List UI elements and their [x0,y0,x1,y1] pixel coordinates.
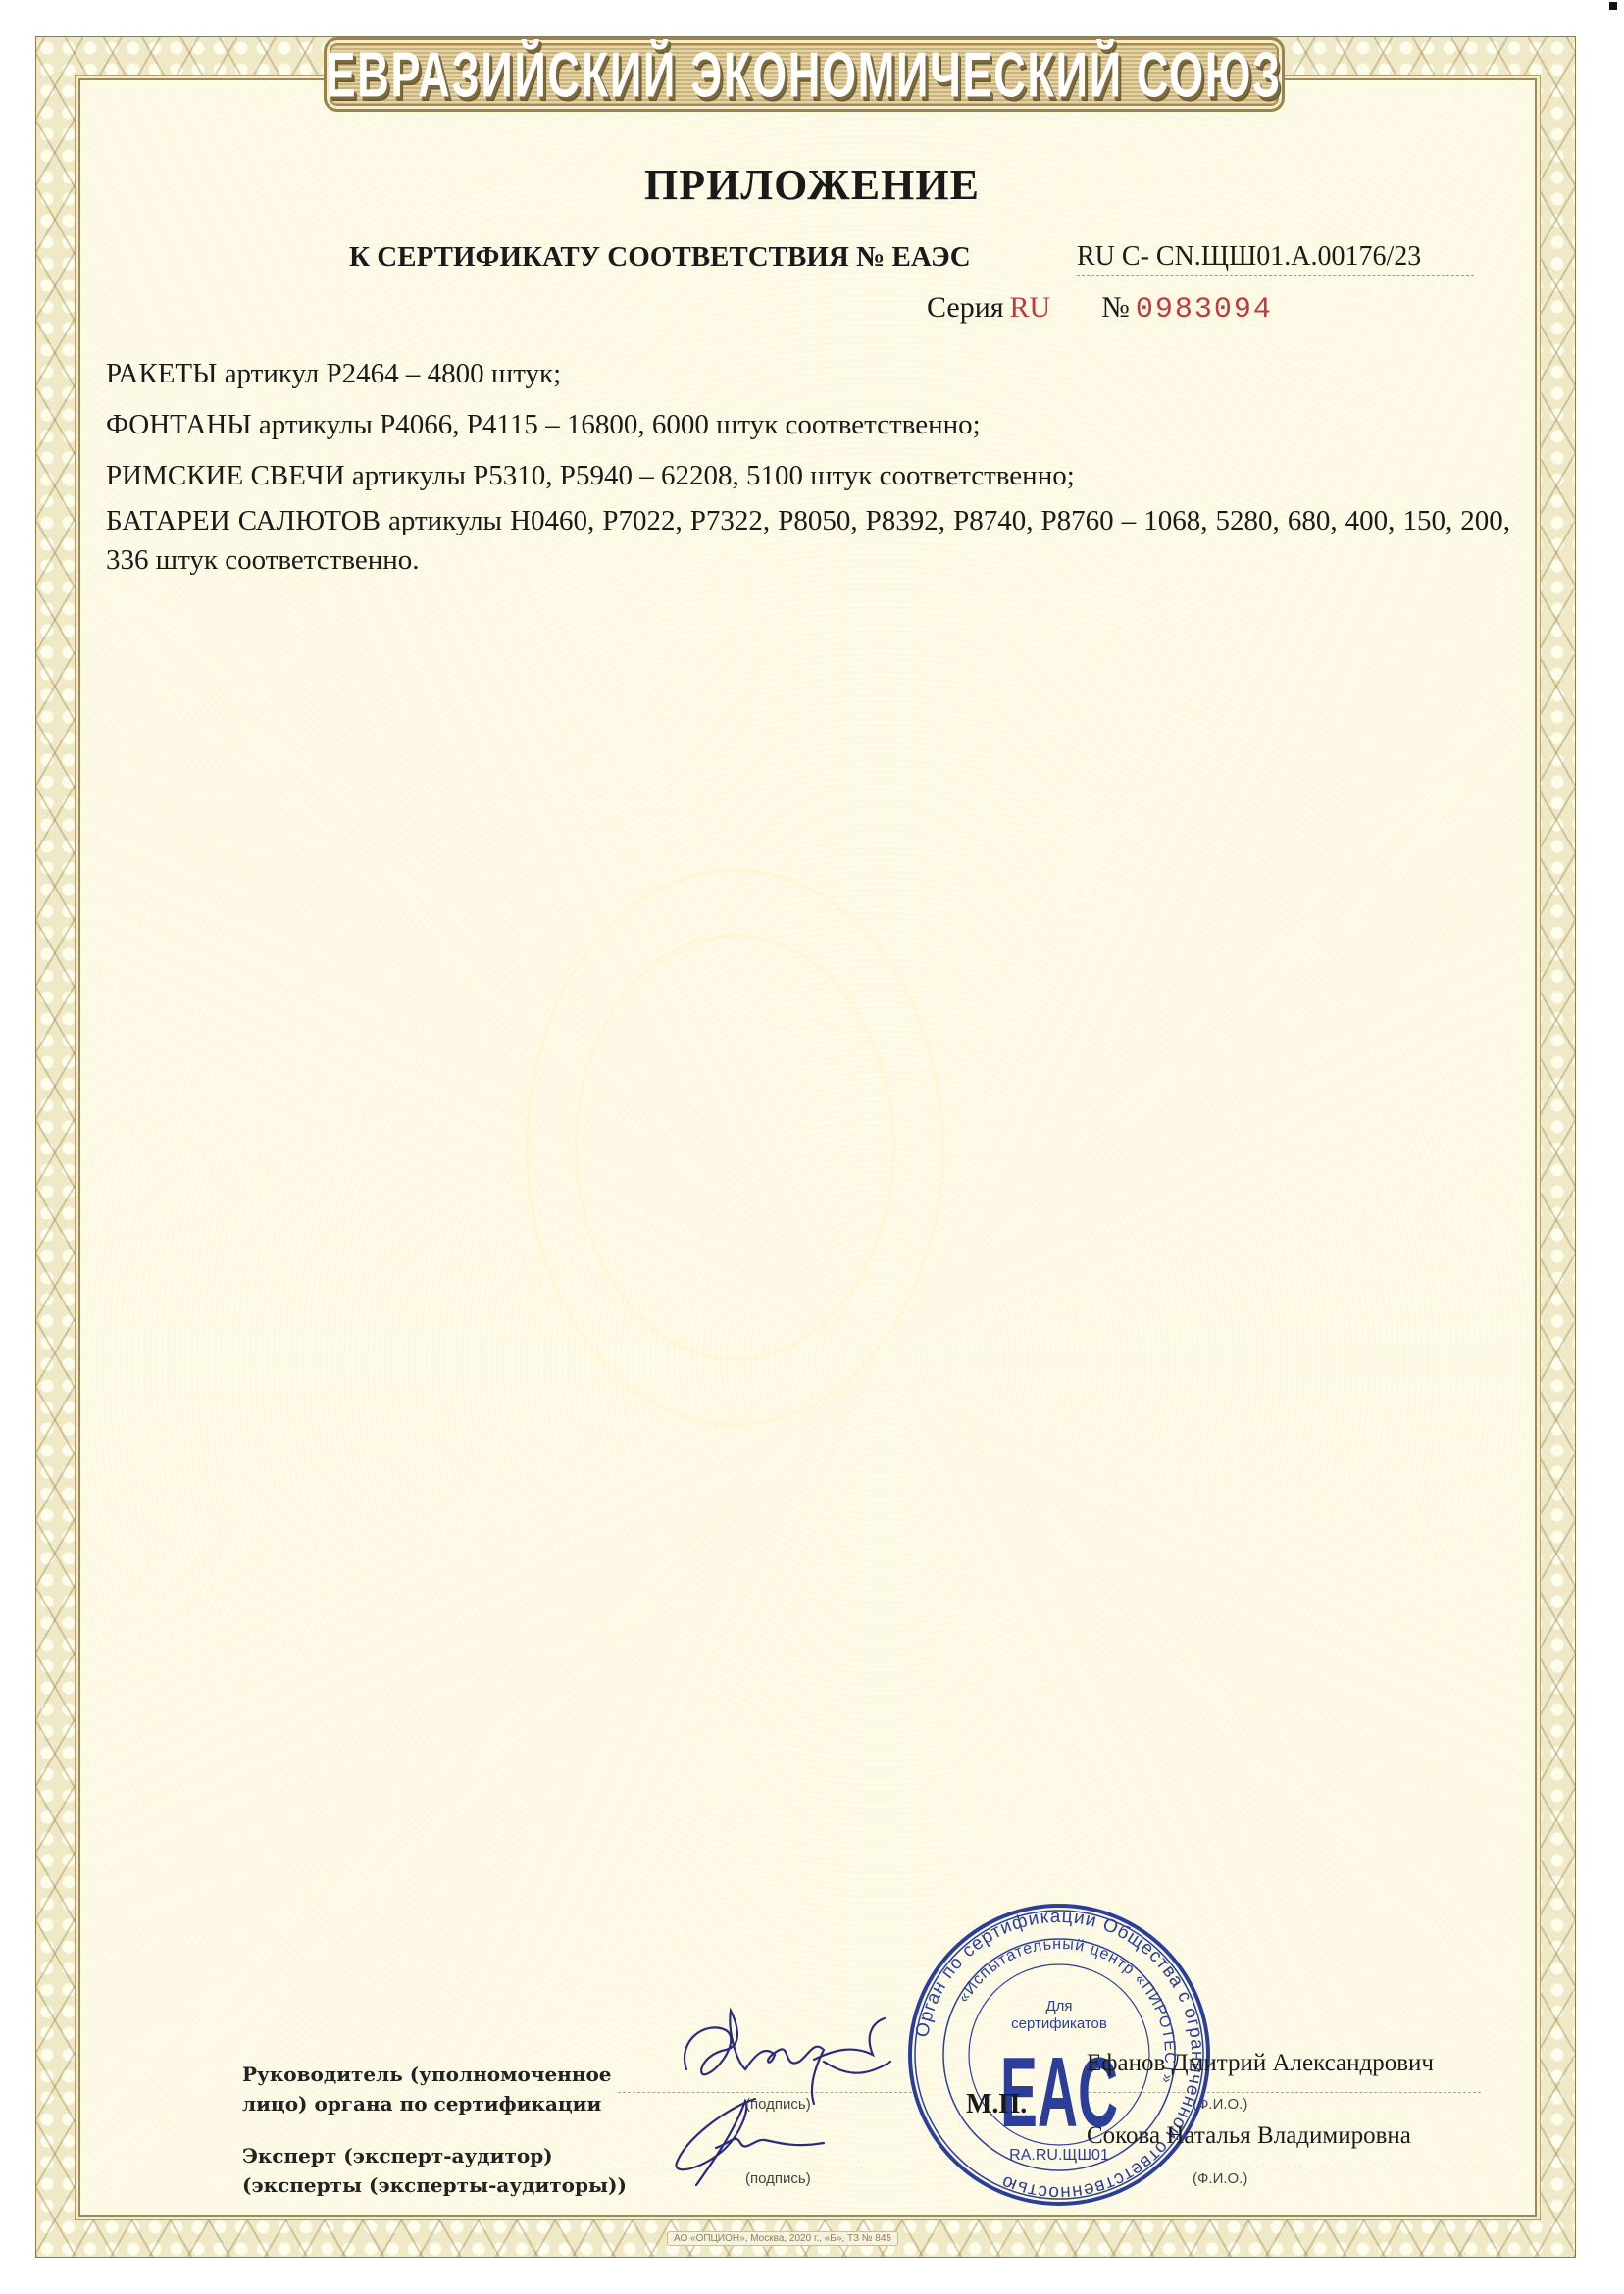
list-item: РИМСКИЕ СВЕЧИ артикулы Р5310, Р5940 – 62… [106,450,1510,501]
stamp-place-label: М.П. [966,2089,1027,2120]
label-line: лицо) органа по сертификации [242,2089,612,2118]
eaeu-banner: ЕВРАЗИЙСКИЙ ЭКОНОМИЧЕСКИЙ СОЮЗ [324,37,1285,112]
item-category: ФОНТАНЫ [106,409,252,440]
product-list: РАКЕТЫ артикул Р2464 – 4800 штук; ФОНТАН… [106,348,1510,580]
certificate-line-label: К СЕРТИФИКАТУ СООТВЕТСТВИЯ № ЕАЭС [349,241,971,274]
item-text: артикулы Р4066, Р4115 – 16800, 6000 штук… [252,409,981,440]
list-item: ФОНТАНЫ артикулы Р4066, Р4115 – 16800, 6… [106,399,1510,450]
label-line: Эксперт (эксперт-аудитор) [242,2141,627,2170]
item-category: РАКЕТЫ [106,358,217,389]
expert-label: Эксперт (эксперт-аудитор) (эксперты (экс… [242,2141,627,2200]
expert-name: Сокова Наталья Владимировна [1087,2122,1411,2150]
stamp-center-line: сертификатов [1011,2015,1107,2032]
certificate-number: RU C- CN.ЩШ01.А.00176/23 [1077,241,1474,276]
item-category: БАТАРЕИ САЛЮТОВ [106,505,381,536]
banner-title: ЕВРАЗИЙСКИЙ ЭКОНОМИЧЕСКИЙ СОЮЗ [327,37,1282,111]
label-line: (эксперты (эксперты-аудиторы)) [242,2170,627,2200]
page-title: ПРИЛОЖЕНИЕ [0,160,1624,210]
label-line: Руководитель (уполномоченное [242,2060,612,2089]
stamp-center-line: Для [1045,1998,1072,2014]
head-name: Ефанов Дмитрий Александрович [1087,2050,1434,2077]
item-category: РИМСКИЕ СВЕЧИ [106,460,345,491]
list-item: РАКЕТЫ артикул Р2464 – 4800 штук; [106,348,1510,399]
scan-corner-mark [1609,2,1617,10]
printer-imprint: АО «ОПЦИОН», Москва, 2020 г., «Б», ТЗ № … [667,2231,898,2246]
head-of-certification-label: Руководитель (уполномоченное лицо) орган… [242,2060,612,2118]
series-line: СерияRU№0983094 [927,291,1273,327]
serial-number: 0983094 [1136,293,1273,327]
number-label: № [1101,291,1130,324]
item-text: артикул Р2464 – 4800 штук; [217,358,561,389]
expert-signature [667,2089,834,2187]
series-label: Серия [927,291,1004,324]
item-text: артикулы Р5310, Р5940 – 62208, 5100 штук… [345,460,1075,491]
series-value: RU [1010,291,1051,324]
list-item: БАТАРЕИ САЛЮТОВ артикулы Н0460, Р7022, Р… [106,501,1510,580]
